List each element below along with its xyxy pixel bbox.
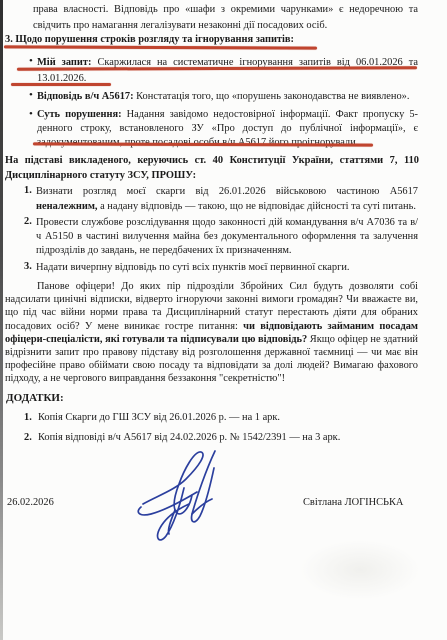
bullet-item-request: Мій запит: Скаржилася на систематичне іг… [37, 55, 418, 86]
section-heading: 3. Щодо порушення строків розгляду та іг… [5, 34, 425, 45]
request-text: Визнати розгляд моєї скарги від 26.01.20… [36, 186, 418, 197]
list-number: 1. [24, 412, 32, 423]
request-text: Провести службове розслідування щодо зак… [36, 217, 418, 256]
bullet-icon: • [29, 55, 33, 67]
list-number: 2. [24, 432, 32, 443]
bullet-text: Констатація того, що «порушень законодав… [134, 91, 410, 102]
carryover-paragraph: права власності. Відповідь про «шафи з о… [33, 2, 418, 34]
bullet-label: Суть порушення: [37, 109, 122, 120]
legal-basis-paragraph: На підставі викладеного, керуючись ст. 4… [5, 153, 419, 183]
bullet-icon: • [29, 108, 33, 120]
request-item-1: Визнати розгляд моєї скарги від 26.01.20… [36, 185, 418, 214]
list-number: 1. [24, 185, 32, 196]
red-underline-heading [4, 45, 317, 49]
request-text-bold: неналежним, [36, 201, 98, 212]
bullet-label: Мій запит: [37, 57, 91, 68]
request-item-3: Надати вичерпну відповідь по суті всіх п… [36, 261, 418, 275]
red-underline-date [11, 83, 111, 86]
attachment-item-1: Копія Скарги до ГШ ЗСУ від 26.01.2026 р.… [38, 412, 408, 423]
bullet-item-response: Відповідь в/ч А5617: Констатація того, щ… [37, 89, 418, 104]
scanned-complaint-page: права власності. Відповідь про «шафи з о… [0, 0, 447, 640]
list-number: 2. [24, 216, 32, 227]
bullet-label: Відповідь в/ч А5617: [37, 91, 134, 102]
request-text: а надану відповідь — такою, що не відпов… [98, 201, 416, 212]
request-item-2: Провести службове розслідування щодо зак… [36, 216, 418, 257]
signature-ink [131, 448, 239, 550]
attachments-heading: ДОДАТКИ: [6, 392, 206, 404]
bullet-icon: • [29, 89, 33, 101]
appeal-paragraph: Панове офіцери! До яких пір підрозділи З… [5, 280, 418, 386]
attachment-item-2: Копія відповіді в/ч А5617 від 24.02.2026… [38, 432, 418, 443]
list-number: 3. [24, 261, 32, 272]
document-date: 26.02.2026 [7, 497, 54, 508]
request-text: Надати вичерпну відповідь по суті всіх п… [36, 262, 350, 273]
scan-smudge [300, 540, 420, 600]
signer-name: Світлана ЛОГІНСЬКА [303, 497, 403, 508]
scan-edge-shadow [0, 0, 3, 640]
